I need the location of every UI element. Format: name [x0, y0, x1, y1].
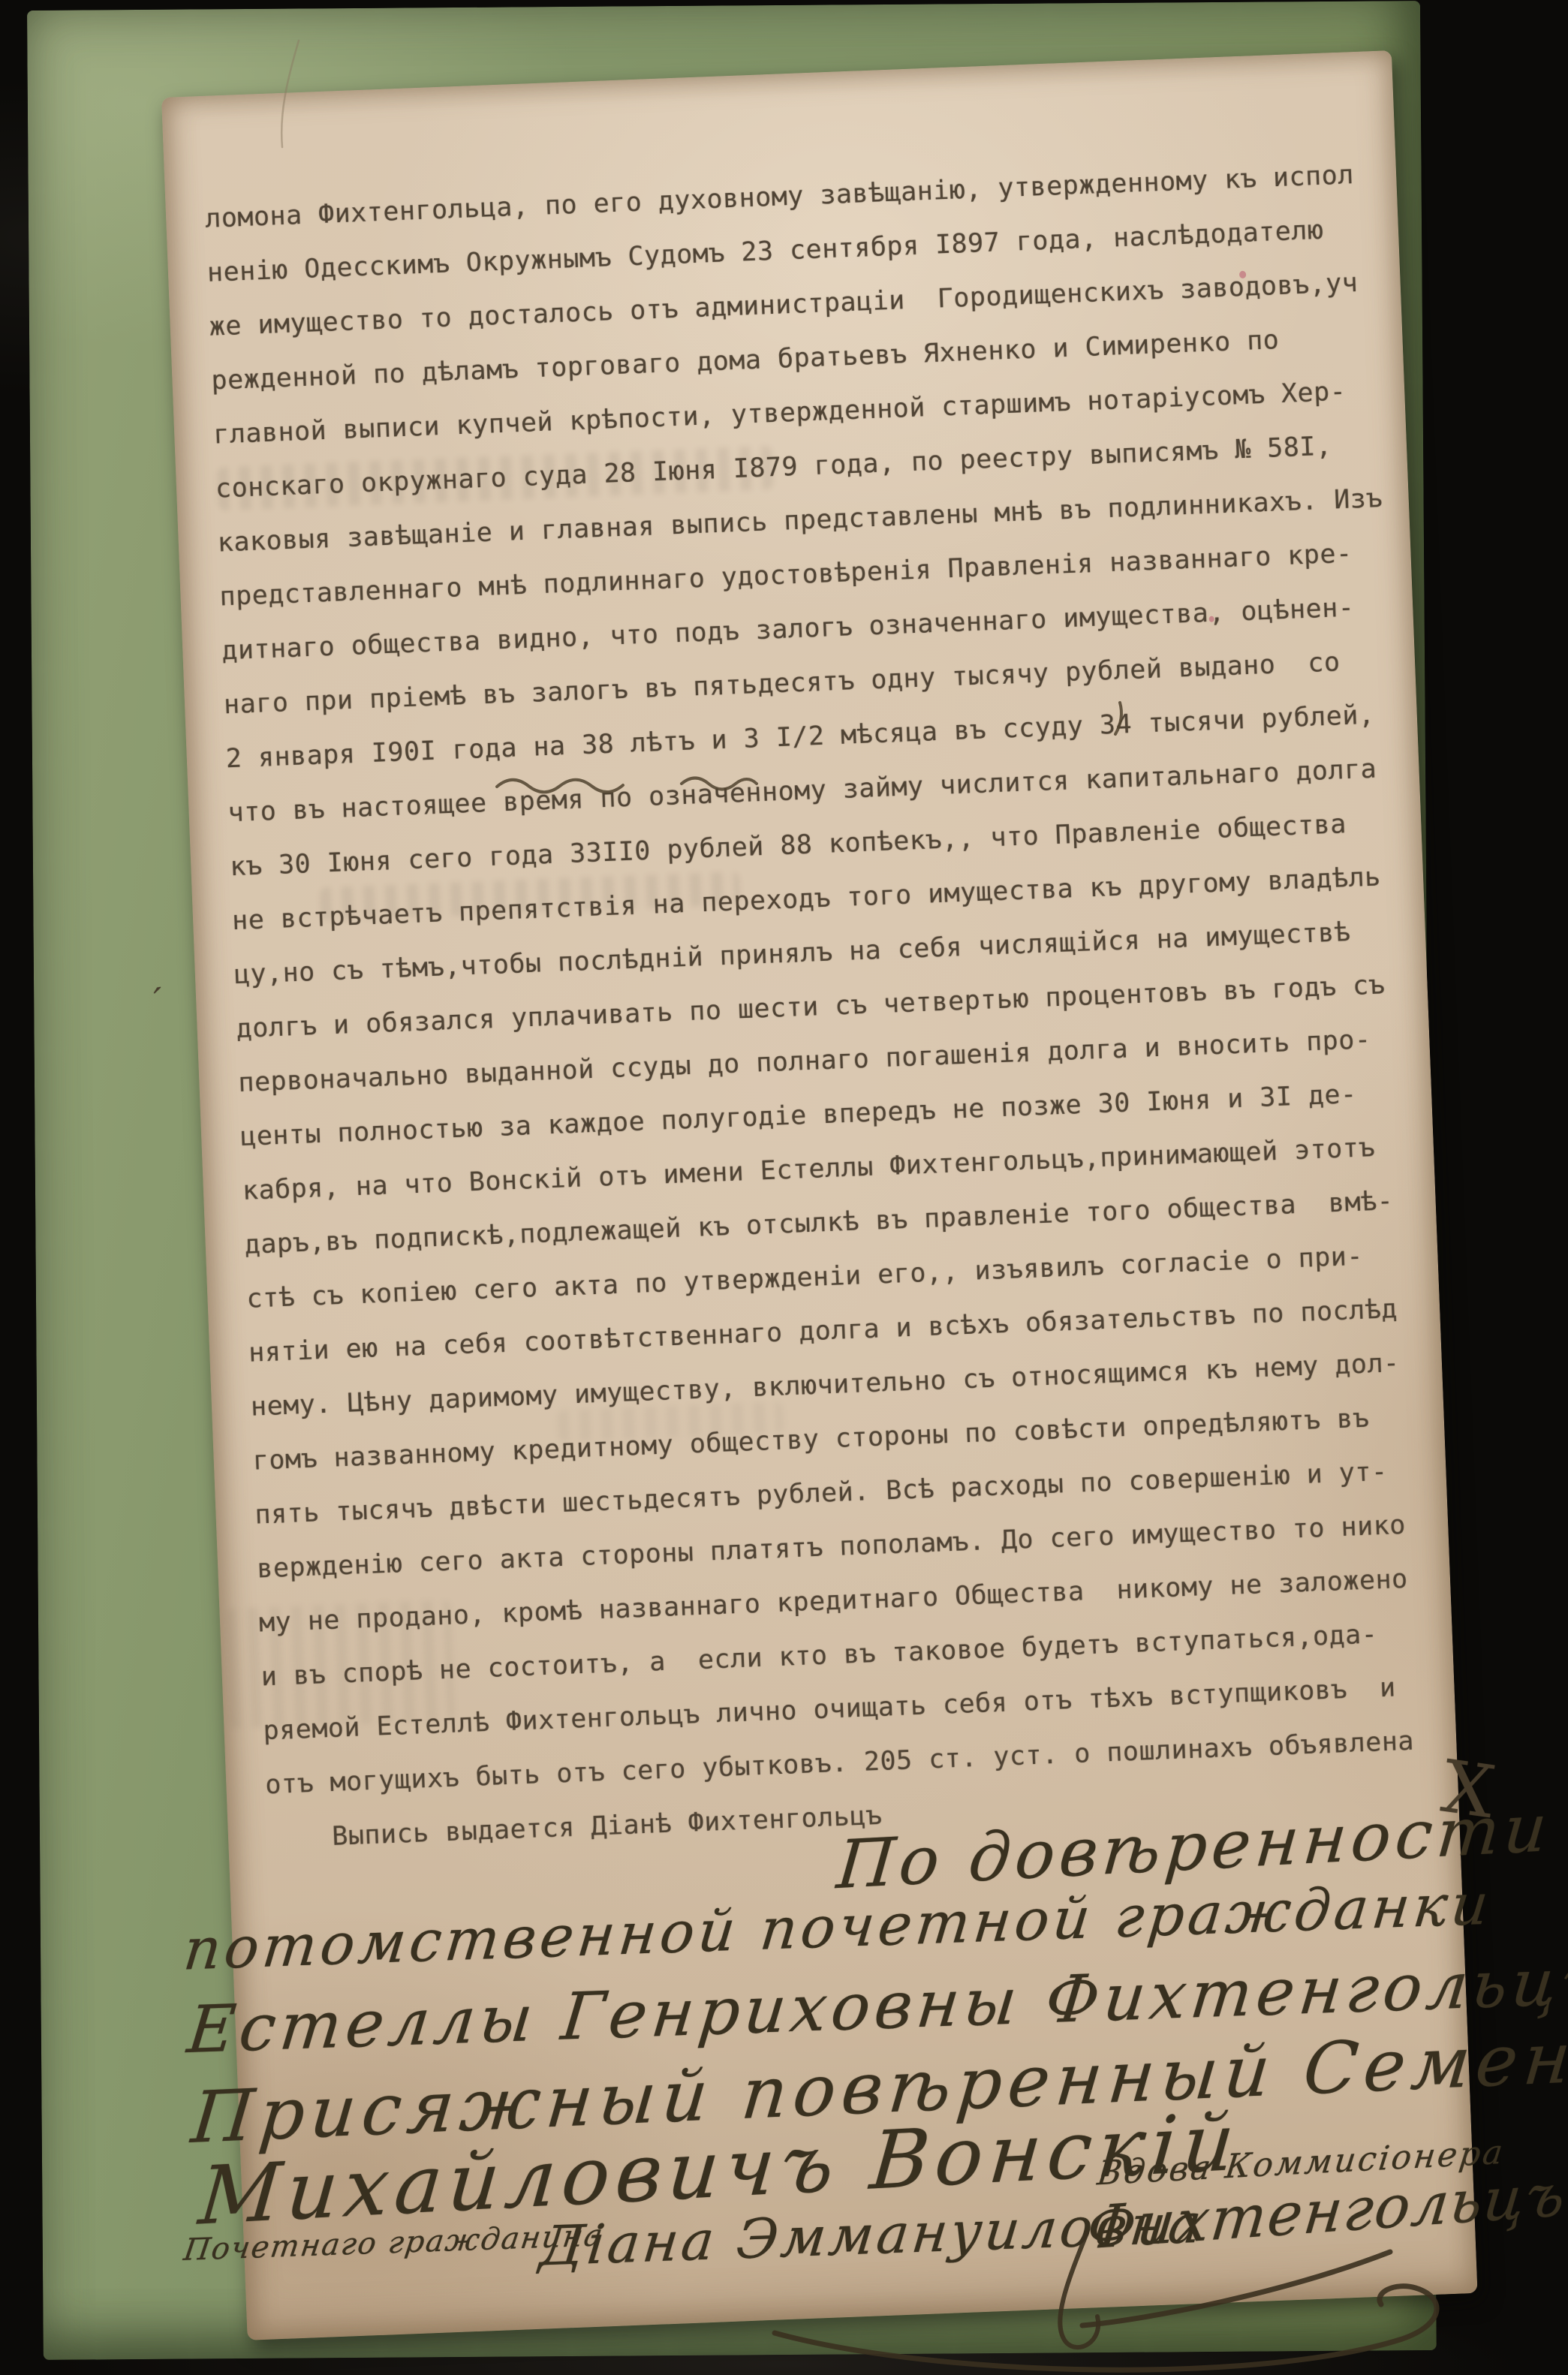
photo-backdrop: ломона Фихтенгольца, по его духовному за…: [0, 0, 1568, 2375]
typed-text-block: ломона Фихтенгольца, по его духовному за…: [204, 147, 1434, 1866]
